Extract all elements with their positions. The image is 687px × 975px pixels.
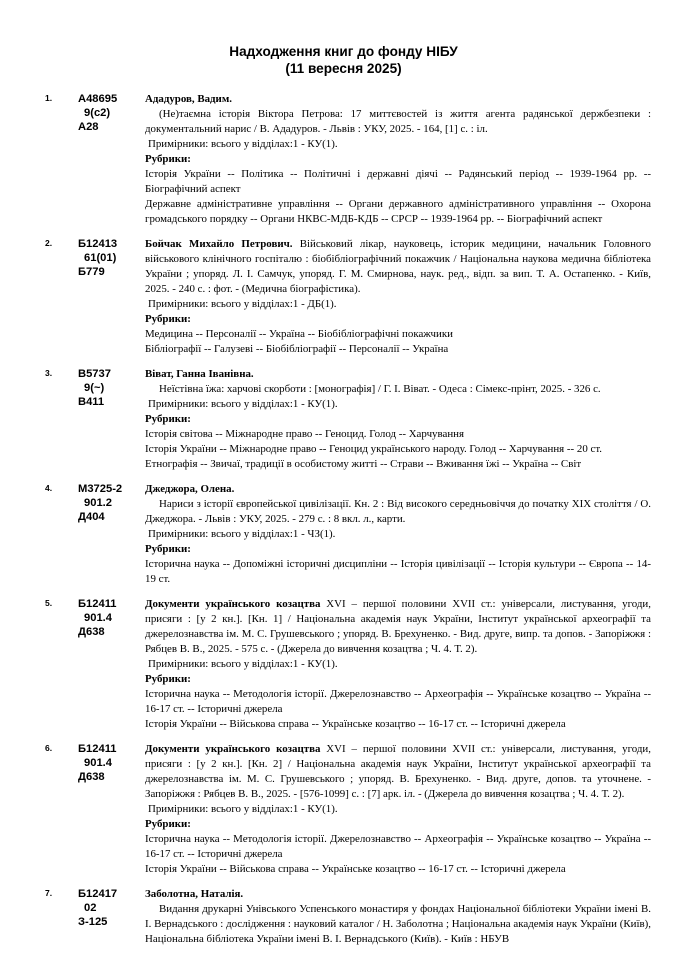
shelf-codes: Б1241361(01)Б779 <box>78 237 138 279</box>
entry-number: 5. <box>45 598 52 608</box>
shelf-codes: Б1241702З-125 <box>78 887 138 929</box>
rubrics-label: Рубрики: <box>145 412 651 427</box>
entry-number: 1. <box>45 93 52 103</box>
copies-info: Примірники: всього у відділах:1 - ЧЗ(1). <box>145 527 651 542</box>
title-date: (11 вересня 2025) <box>0 60 687 77</box>
author-mark: Д404 <box>78 510 138 524</box>
entry-heading-line: Віват, Ганна Іванівна. <box>145 367 651 382</box>
entry-number: 4. <box>45 483 52 493</box>
entry-description: Неїстівна їжа: харчові скорботи : [моног… <box>145 382 651 397</box>
rubrics-label: Рубрики: <box>145 542 651 557</box>
rubric-item: Історія України -- Військова справа -- У… <box>145 717 651 732</box>
entry-heading: Бойчак Михайло Петрович. <box>145 238 292 250</box>
entry-body: Віват, Ганна Іванівна.Неїстівна їжа: хар… <box>145 367 651 472</box>
rubric-item: Історична наука -- Методологія історії. … <box>145 832 651 862</box>
classification-code: 9(с2) <box>78 106 138 120</box>
copies-info: Примірники: всього у відділах:1 - КУ(1). <box>145 397 651 412</box>
author-mark: З-125 <box>78 915 138 929</box>
entry-heading: Джеджора, Олена. <box>145 483 234 495</box>
entry-heading-line: Ададуров, Вадим. <box>145 92 651 107</box>
entry-heading: Заболотна, Наталія. <box>145 888 243 900</box>
rubric-item: Етнографія -- Звичаї, традиції в особист… <box>145 457 651 472</box>
catalog-entry: 6.Б12411901.4Д638Документи українського … <box>0 742 687 877</box>
page-title: Надходження книг до фонду НІБУ (11 верес… <box>0 43 687 77</box>
inventory-code: М3725-2 <box>78 482 138 496</box>
catalog-entry: 7.Б1241702З-125Заболотна, Наталія.Виданн… <box>0 887 687 947</box>
rubrics-label: Рубрики: <box>145 817 651 832</box>
rubrics-label: Рубрики: <box>145 152 651 167</box>
entry-list: 1.А486959(с2)А28Ададуров, Вадим.(Не)таєм… <box>0 92 687 957</box>
inventory-code: Б12411 <box>78 597 138 611</box>
entry-body: Документи українського козацтва XVI – пе… <box>145 742 651 877</box>
entry-body: Бойчак Михайло Петрович. Військовий ліка… <box>145 237 651 357</box>
shelf-codes: Б12411901.4Д638 <box>78 742 138 784</box>
shelf-codes: А486959(с2)А28 <box>78 92 138 134</box>
entry-heading-line: Заболотна, Наталія. <box>145 887 651 902</box>
entry-number: 3. <box>45 368 52 378</box>
entry-body: Ададуров, Вадим.(Не)таємна історія Вікто… <box>145 92 651 227</box>
entry-body: Документи українського козацтва XVI – пе… <box>145 597 651 732</box>
entry-heading: Ададуров, Вадим. <box>145 93 232 105</box>
rubric-item: Історична наука -- Методологія історії. … <box>145 687 651 717</box>
rubric-item: Історія України -- Міжнародне право -- Г… <box>145 442 651 457</box>
entry-heading-line: Джеджора, Олена. <box>145 482 651 497</box>
rubric-item: Історія світова -- Міжнародне право -- Г… <box>145 427 651 442</box>
author-mark: Д638 <box>78 770 138 784</box>
classification-code: 9(~) <box>78 381 138 395</box>
entry-heading: Документи українського козацтва <box>145 743 320 755</box>
catalog-entry: 3.В57379(~)В411Віват, Ганна Іванівна.Неї… <box>0 367 687 472</box>
inventory-code: Б12411 <box>78 742 138 756</box>
copies-info: Примірники: всього у відділах:1 - ДБ(1). <box>145 297 651 312</box>
entry-description: (Не)таємна історія Віктора Петрова: 17 м… <box>145 107 651 137</box>
catalog-entry: 2.Б1241361(01)Б779Бойчак Михайло Петрови… <box>0 237 687 357</box>
entry-heading-line: Бойчак Михайло Петрович. Військовий ліка… <box>145 237 651 297</box>
rubric-item: Історична наука -- Допоміжні історичні д… <box>145 557 651 587</box>
entry-number: 2. <box>45 238 52 248</box>
inventory-code: Б12413 <box>78 237 138 251</box>
shelf-codes: В57379(~)В411 <box>78 367 138 409</box>
rubric-item: Бібліографії -- Галузеві -- Біобібліогра… <box>145 342 651 357</box>
entry-description: Нариси з історії європейської цивілізаці… <box>145 497 651 527</box>
rubrics-label: Рубрики: <box>145 312 651 327</box>
inventory-code: А48695 <box>78 92 138 106</box>
author-mark: Б779 <box>78 265 138 279</box>
classification-code: 901.4 <box>78 611 138 625</box>
rubric-item: Медицина -- Персоналії -- Україна -- Біо… <box>145 327 651 342</box>
catalog-entry: 5.Б12411901.4Д638Документи українського … <box>0 597 687 732</box>
entry-body: Джеджора, Олена.Нариси з історії європей… <box>145 482 651 587</box>
title-line-1: Надходження книг до фонду НІБУ <box>0 43 687 60</box>
classification-code: 61(01) <box>78 251 138 265</box>
entry-body: Заболотна, Наталія.Видання друкарні Унів… <box>145 887 651 947</box>
entry-heading-line: Документи українського козацтва XVI – пе… <box>145 597 651 657</box>
entry-heading-line: Документи українського козацтва XVI – пе… <box>145 742 651 802</box>
rubric-item: Державне адміністративне управління -- О… <box>145 197 651 227</box>
rubrics-label: Рубрики: <box>145 672 651 687</box>
rubric-item: Історія України -- Військова справа -- У… <box>145 862 651 877</box>
shelf-codes: Б12411901.4Д638 <box>78 597 138 639</box>
classification-code: 02 <box>78 901 138 915</box>
entry-number: 7. <box>45 888 52 898</box>
catalog-entry: 1.А486959(с2)А28Ададуров, Вадим.(Не)таєм… <box>0 92 687 227</box>
entry-number: 6. <box>45 743 52 753</box>
catalog-entry: 4.М3725-2901.2Д404Джеджора, Олена.Нариси… <box>0 482 687 587</box>
author-mark: А28 <box>78 120 138 134</box>
classification-code: 901.2 <box>78 496 138 510</box>
entry-heading: Віват, Ганна Іванівна. <box>145 368 254 380</box>
rubric-item: Історія України -- Політика -- Політичні… <box>145 167 651 197</box>
shelf-codes: М3725-2901.2Д404 <box>78 482 138 524</box>
inventory-code: Б12417 <box>78 887 138 901</box>
entry-heading: Документи українського козацтва <box>145 598 320 610</box>
author-mark: Д638 <box>78 625 138 639</box>
copies-info: Примірники: всього у відділах:1 - КУ(1). <box>145 802 651 817</box>
classification-code: 901.4 <box>78 756 138 770</box>
inventory-code: В5737 <box>78 367 138 381</box>
copies-info: Примірники: всього у відділах:1 - КУ(1). <box>145 137 651 152</box>
entry-description: Видання друкарні Унівського Успенського … <box>145 902 651 947</box>
copies-info: Примірники: всього у відділах:1 - КУ(1). <box>145 657 651 672</box>
author-mark: В411 <box>78 395 138 409</box>
